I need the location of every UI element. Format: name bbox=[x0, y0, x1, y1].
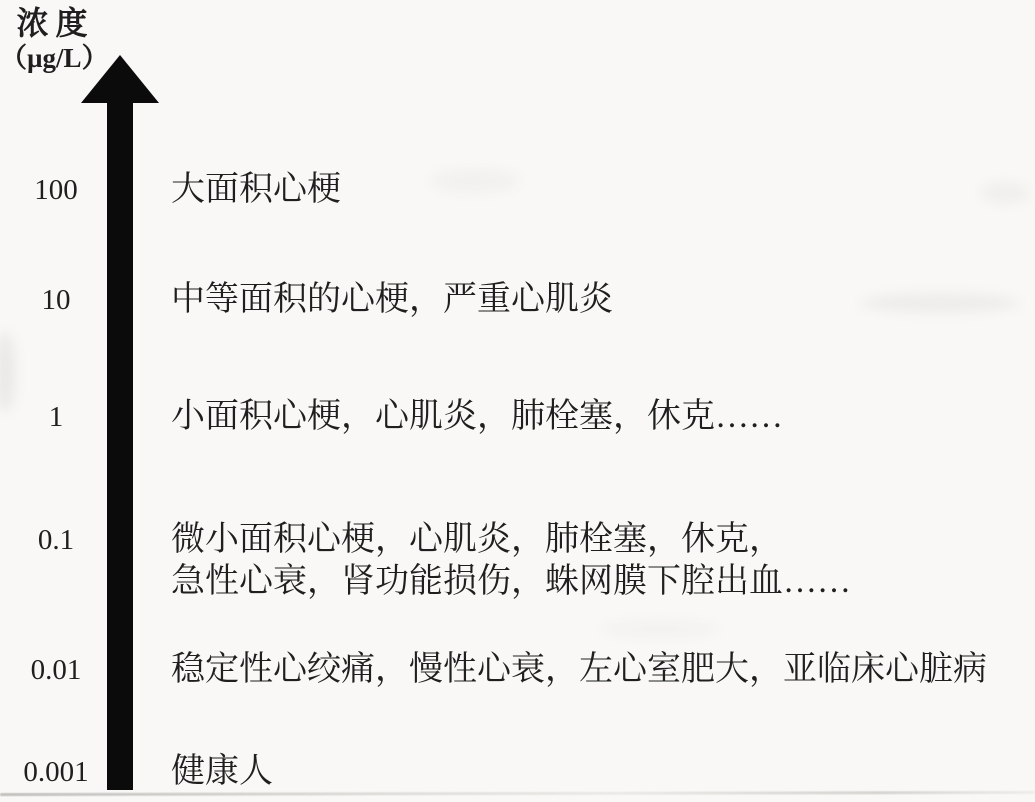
condition-label: 健康人 bbox=[171, 751, 273, 793]
condition-label: 大面积心梗 bbox=[171, 169, 341, 211]
up-arrow-head-icon bbox=[81, 55, 159, 103]
axis-tick-value: 0.1 bbox=[0, 519, 112, 561]
scan-artifact bbox=[430, 168, 520, 194]
condition-label: 中等面积的心梗，严重心肌炎 bbox=[171, 279, 613, 321]
condition-label: 稳定性心绞痛，慢性心衰，左心室肥大，亚临床心脏病 bbox=[171, 649, 987, 691]
axis-title-text: 浓度 bbox=[0, 6, 104, 41]
level-row-0.01: 0.01 稳定性心绞痛，慢性心衰，左心室肥大，亚临床心脏病 bbox=[0, 649, 1035, 691]
axis-tick-value: 10 bbox=[0, 279, 112, 321]
axis-tick-value: 100 bbox=[0, 169, 112, 211]
level-row-1: 1 小面积心梗，心肌炎，肺栓塞，休克…… bbox=[0, 396, 1035, 438]
axis-tick-value: 0.001 bbox=[0, 751, 112, 793]
level-row-0.1: 0.1 微小面积心梗，心肌炎，肺栓塞，休克， 急性心衰，肾功能损伤，蛛网膜下腔出… bbox=[0, 519, 1035, 603]
scan-artifact bbox=[600, 620, 720, 638]
condition-label: 小面积心梗，心肌炎，肺栓塞，休克…… bbox=[171, 396, 783, 438]
level-row-100: 100 大面积心梗 bbox=[0, 169, 1035, 211]
condition-label: 微小面积心梗，心肌炎，肺栓塞，休克， 急性心衰，肾功能损伤，蛛网膜下腔出血…… bbox=[171, 519, 851, 603]
diagram-root: 浓度 （µg/L） 100 大面积心梗 10 中等面积的心梗，严重心肌炎 1 小… bbox=[0, 0, 1035, 802]
axis-tick-value: 1 bbox=[0, 396, 112, 438]
axis-tick-value: 0.01 bbox=[0, 649, 112, 691]
scan-artifact bbox=[980, 182, 1030, 204]
scan-artifact bbox=[860, 293, 1020, 313]
level-row-0.001: 0.001 健康人 bbox=[0, 751, 1035, 793]
